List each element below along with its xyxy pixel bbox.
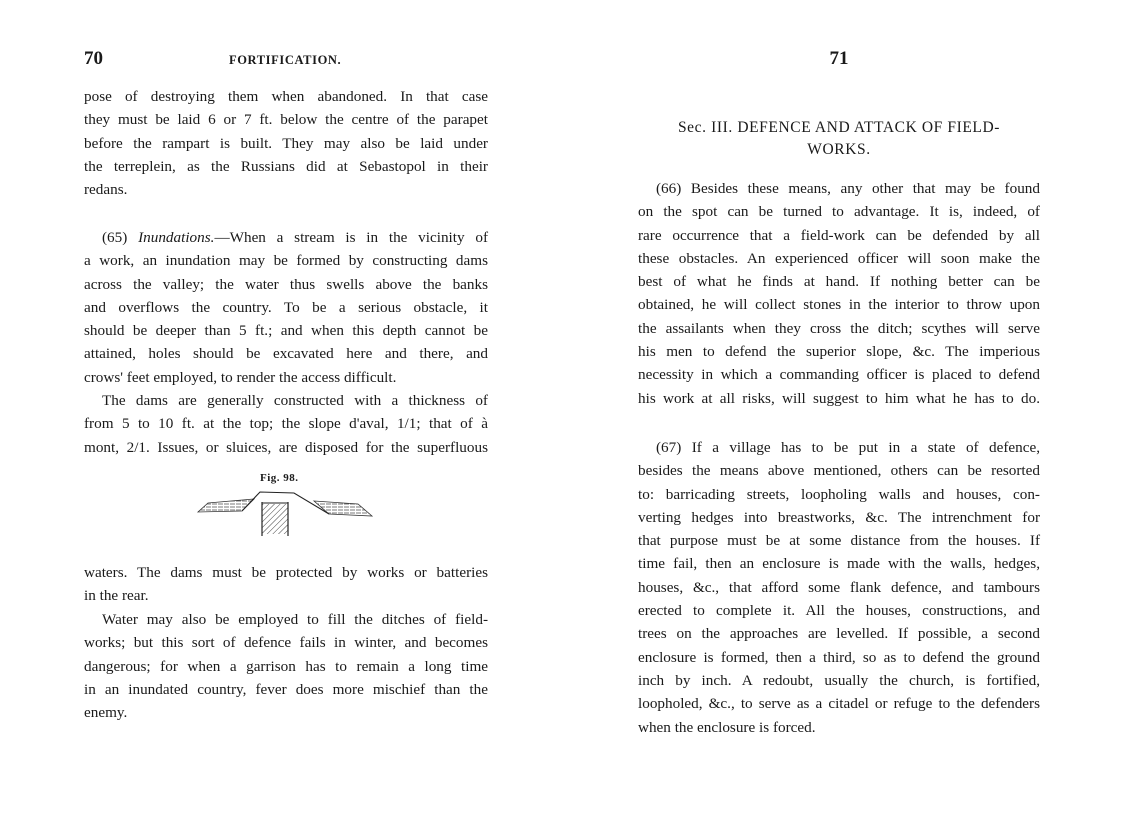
- text-line: enemy.: [84, 701, 488, 724]
- running-head: 70 FORTIFICATION.: [84, 48, 488, 72]
- text-line: before the rampart is built. They may al…: [84, 132, 488, 155]
- page-number: 70: [84, 48, 103, 70]
- running-title: FORTIFICATION.: [229, 53, 341, 68]
- text-line: to: barricading streets, loopholing wall…: [638, 483, 1040, 506]
- text-line: time fail, then an enclosure is made wit…: [638, 552, 1040, 575]
- figure-98: Fig. 98.: [194, 472, 384, 554]
- paragraph-65-inundations: (65) Inundations.—When a stream is in th…: [84, 226, 488, 389]
- running-head: 71: [638, 48, 1040, 72]
- section-heading-line: Sec. III. DEFENCE AND ATTACK OF FIELD-: [638, 117, 1040, 139]
- text-line: (65) Inundations.—When a stream is in th…: [84, 226, 488, 249]
- text-line: enclosure is formed, then a third, so as…: [638, 646, 1040, 669]
- text-line: the terreplein, as the Russians did at S…: [84, 155, 488, 178]
- text-line: mont, 2/1. Issues, or sluices, are dispo…: [84, 436, 488, 459]
- text-line: verting hedges into breastworks, &c. The…: [638, 506, 1040, 529]
- paragraph-dams: The dams are generally constructed with …: [84, 389, 488, 459]
- text-line: they must be laid 6 or 7 ft. below the c…: [84, 108, 488, 131]
- paragraph-title: Inundations.: [138, 229, 214, 246]
- text-line: should be deeper than 5 ft.; and when th…: [84, 319, 488, 342]
- paragraph-number: (65): [102, 229, 127, 246]
- text-line: (67) If a village has to be put in a sta…: [638, 436, 1040, 459]
- text-line: besides the means above mentioned, other…: [638, 459, 1040, 482]
- text-line: in an inundated country, fever does more…: [84, 678, 488, 701]
- paragraph-67: (67) If a village has to be put in a sta…: [638, 436, 1040, 739]
- text-fragment: —When a stream is in the vicinity of: [214, 229, 488, 246]
- text-line: Water may also be employed to fill the d…: [84, 608, 488, 631]
- paragraph-66: (66) Besides these means, any other that…: [638, 177, 1040, 410]
- dam-cross-section-illustration: [194, 488, 384, 554]
- text-line: when the enclosure is forced.: [638, 716, 1040, 739]
- text-line: The dams are generally constructed with …: [84, 389, 488, 412]
- text-line: erected to complete it. All the houses, …: [638, 599, 1040, 622]
- text-line: necessity in which a commanding officer …: [638, 363, 1040, 386]
- text-line: redans.: [84, 178, 488, 201]
- text-line: his work at all risks, will suggest to h…: [638, 387, 1040, 410]
- text-line: rare occurrence that a field-work can be…: [638, 224, 1040, 247]
- text-line: that purpose must be at some distance fr…: [638, 529, 1040, 552]
- text-line: across the valley; the water thus swells…: [84, 273, 488, 296]
- text-line: in the rear.: [84, 584, 488, 607]
- text-line: these obstacles. An experienced officer …: [638, 247, 1040, 270]
- text-line: (66) Besides these means, any other that…: [638, 177, 1040, 200]
- section-heading: Sec. III. DEFENCE AND ATTACK OF FIELD- W…: [638, 117, 1040, 161]
- figure-caption: Fig. 98.: [260, 472, 299, 484]
- text-line: the assailants when they cross the ditch…: [638, 317, 1040, 340]
- text-line: crows' feet employed, to render the acce…: [84, 366, 488, 389]
- text-line: houses, &c., that afford some flank defe…: [638, 576, 1040, 599]
- left-page: 70 FORTIFICATION. pose of destroying the…: [84, 0, 488, 813]
- section-heading-line: WORKS.: [638, 139, 1040, 161]
- text-line: best of what he finds at hand. If nothin…: [638, 270, 1040, 293]
- text-line: on the spot can be turned to advantage. …: [638, 200, 1040, 223]
- text-line: inch by inch. A redoubt, usually the chu…: [638, 669, 1040, 692]
- text-line: trees on the approaches are levelled. If…: [638, 622, 1040, 645]
- text-line: and overflows the country. To be a serio…: [84, 296, 488, 319]
- text-line: from 5 to 10 ft. at the top; the slope d…: [84, 412, 488, 435]
- text-line: obtained, he will collect stones in the …: [638, 293, 1040, 316]
- paragraph-water-ditches: Water may also be employed to fill the d…: [84, 608, 488, 724]
- text-line: loopholed, &c., to serve as a citadel or…: [638, 692, 1040, 715]
- text-line: his men to defend the superior slope, &c…: [638, 340, 1040, 363]
- paragraph-waters: waters. The dams must be protected by wo…: [84, 561, 488, 608]
- text-line: attained, holes should be excavated here…: [84, 342, 488, 365]
- text-line: dangerous; for when a garrison has to re…: [84, 655, 488, 678]
- page-number: 71: [638, 48, 1040, 70]
- text-line: pose of destroying them when abandoned. …: [84, 85, 488, 108]
- paragraph-continued: pose of destroying them when abandoned. …: [84, 85, 488, 201]
- text-line: waters. The dams must be protected by wo…: [84, 561, 488, 584]
- text-line: a work, an inundation may be formed by c…: [84, 249, 488, 272]
- text-line: works; but this sort of defence fails in…: [84, 631, 488, 654]
- right-page: 71 Sec. III. DEFENCE AND ATTACK OF FIELD…: [638, 0, 1040, 813]
